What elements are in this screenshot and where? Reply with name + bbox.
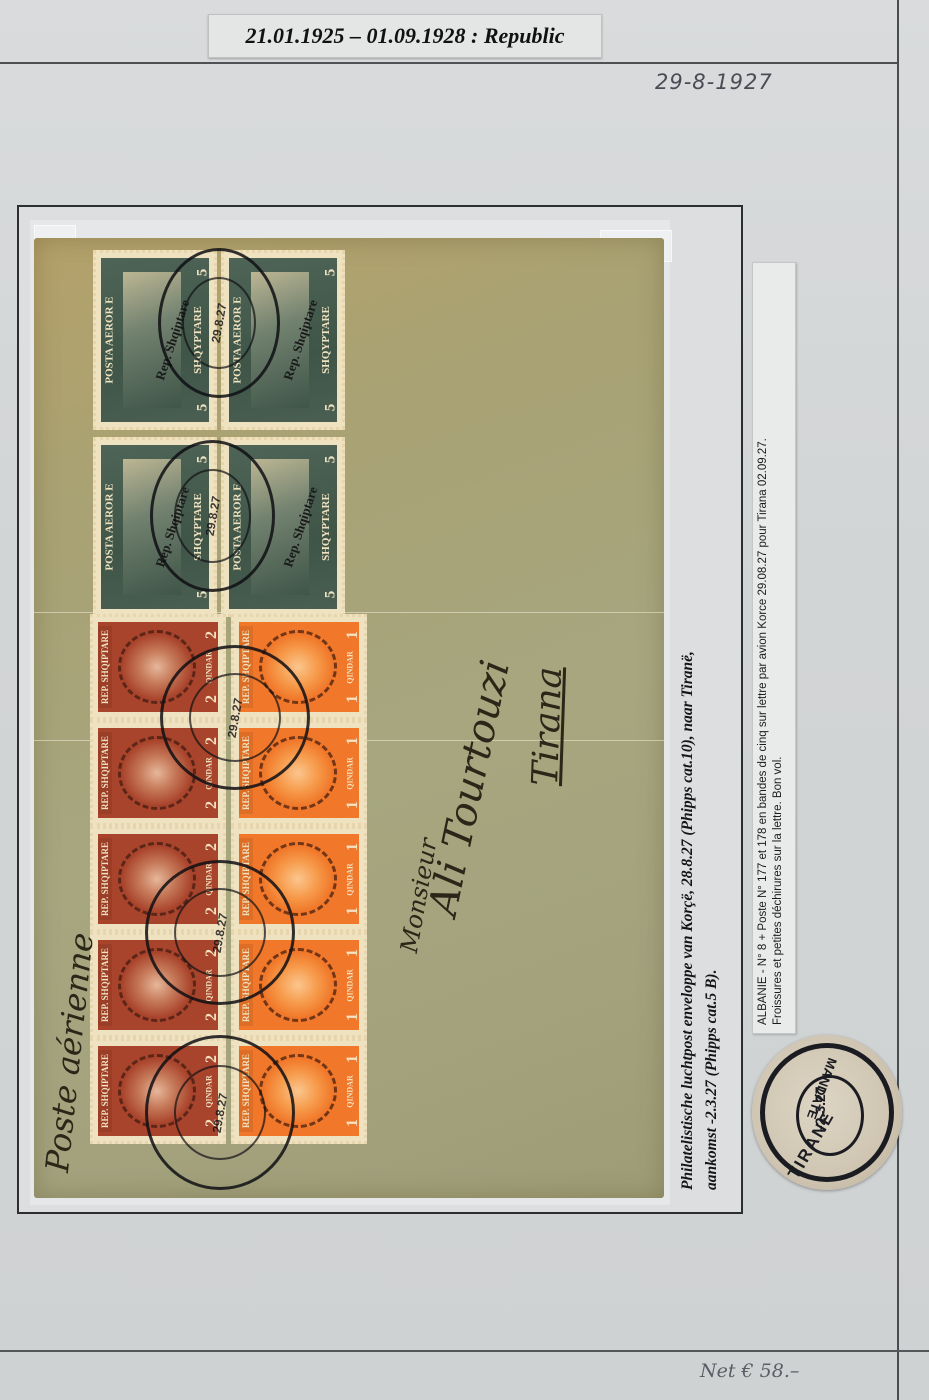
catalog-text: ALBANIE - N° 8 + Poste N° 177 et 178 en … — [756, 255, 786, 1025]
handwritten-date: 29-8-1927 — [655, 70, 773, 94]
catalog-line-1: ALBANIE - N° 8 + Poste N° 177 et 178 en … — [756, 255, 771, 1025]
address-city: Tirana — [525, 666, 570, 786]
cover-description: Philatelistische luchtpost enveloppe van… — [676, 490, 724, 1190]
tirane-arrival-cancel: TIRANE -2.3.27 MANDATE — [752, 1035, 902, 1190]
description-line-1: Philatelistische luchtpost enveloppe van… — [676, 490, 700, 1190]
korce-cancel: 29.8.27 — [145, 1035, 295, 1190]
korce-cancel: 29.8.27 — [160, 645, 310, 790]
korce-cancel: 29.8.27 — [158, 248, 280, 398]
page-bottom-rule — [0, 1350, 929, 1352]
page-right-rule — [897, 0, 899, 1400]
korce-cancel: 29.8.27 — [150, 440, 275, 592]
price-note: Net € 58.– — [700, 1360, 799, 1382]
catalog-line-2: Froissures et petites déchirures sur la … — [771, 255, 786, 1025]
description-line-2: aankomst -2.3.27 (Phipps cat.5 B). — [700, 490, 724, 1190]
korce-cancel: 29.8.27 — [145, 860, 295, 1005]
period-label: 21.01.1925 – 01.09.1928 : Republic — [208, 14, 602, 58]
page-top-rule — [0, 62, 899, 64]
